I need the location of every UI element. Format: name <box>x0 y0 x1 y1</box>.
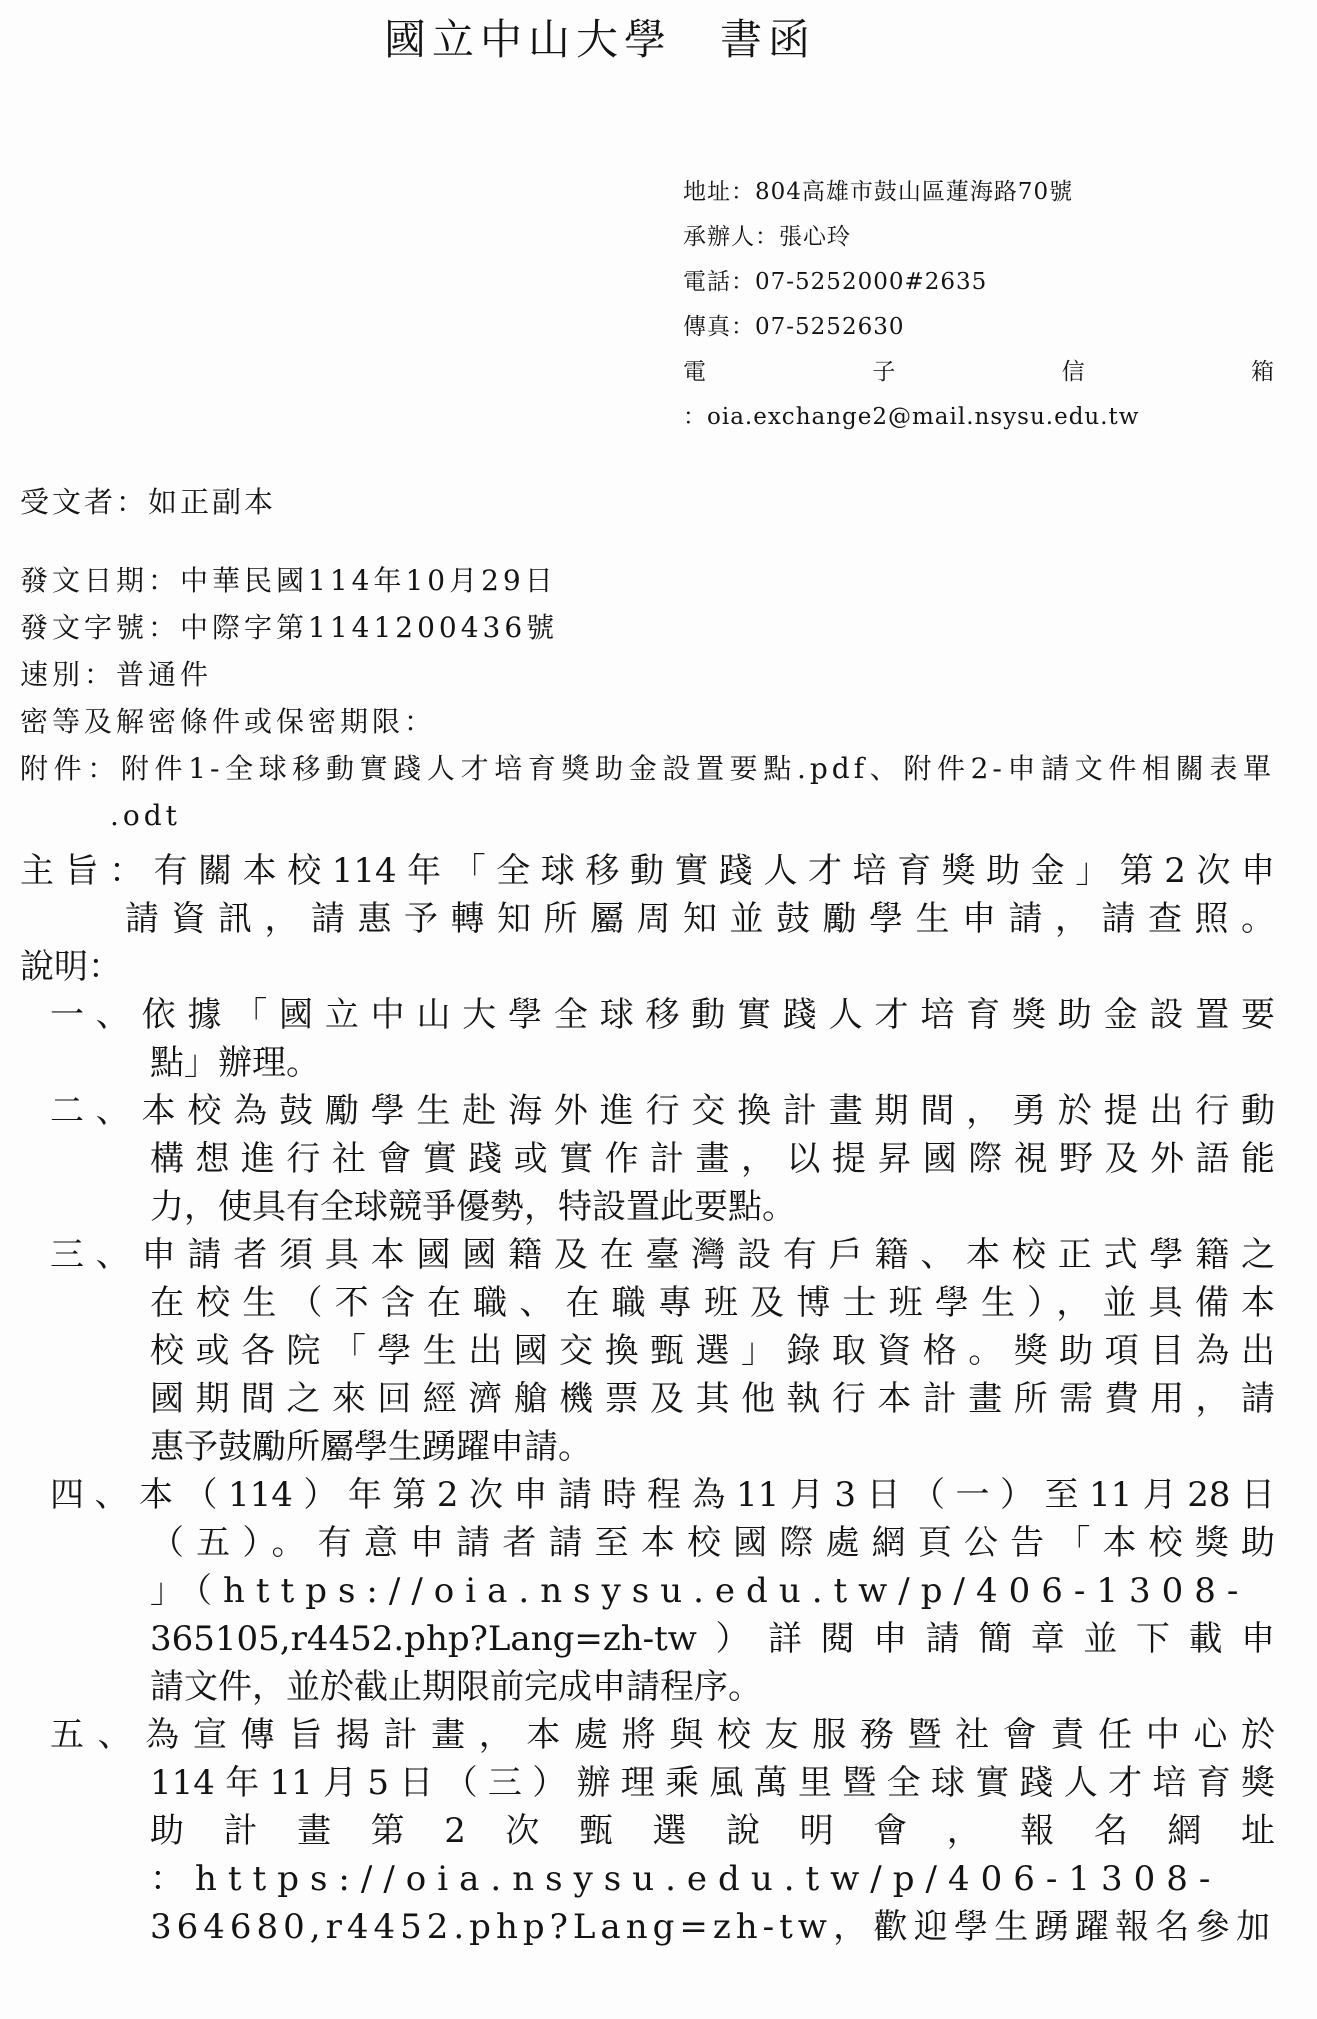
sender-email-value: ：oia.exchange2@mail.nsysu.edu.tw <box>683 395 1275 440</box>
explanation-item-4-url-line-1: 」（https://oia.nsysu.edu.tw/p/406-1308- <box>150 1567 1275 1615</box>
explanation-item-3-line-2: 在校生（不含在職、在職專班及博士班學生），並具備本 <box>150 1279 1275 1327</box>
explanation-item-3-line-1: 三、申請者須具本國國籍及在臺灣設有戶籍、本校正式學籍之 <box>50 1231 1275 1279</box>
explanation-item-3-line-4: 國期間之來回經濟艙機票及其他執行本計畫所需費用，請 <box>150 1375 1275 1423</box>
explanation-item-3-line-5: 惠予鼓勵所屬學生踴躍申請。 <box>150 1423 1275 1471</box>
explanation-item-4-line-2: （五）。有意申請者請至本校國際處網頁公告「本校獎助 <box>150 1519 1275 1567</box>
sender-fax: 傳真：07-5252630 <box>683 305 1275 350</box>
subject-line-2: 請資訊，請惠予轉知所屬周知並鼓勵學生申請，請查照。 <box>125 895 1275 943</box>
letter-body: 主旨：有關本校114年「全球移動實踐人才培育獎助金」第2次申 請資訊，請惠予轉知… <box>20 847 1275 1951</box>
subject-line-1: 主旨：有關本校114年「全球移動實踐人才培育獎助金」第2次申 <box>20 847 1275 895</box>
explanation-item-4-url-line-2: 365105,r4452.php?Lang=zh-tw）詳閱申請簡章並下載申 <box>150 1615 1275 1663</box>
official-letter-page: 國立中山大學 書函 地址：804高雄市鼓山區蓮海路70號 承辦人：張心玲 電話：… <box>0 0 1317 2019</box>
explanation-item-4-line-1: 四、本（114）年第2次申請時程為11月3日（一）至11月28日 <box>50 1471 1275 1519</box>
attachment-line-1: 附件：附件1-全球移動實踐人才培育獎助金設置要點.pdf、附件2-申請文件相關表… <box>20 745 1275 792</box>
priority-line: 速別：普通件 <box>20 651 1275 698</box>
explanation-item-5-url-line-1: ：https://oia.nsysu.edu.tw/p/406-1308- <box>150 1855 1275 1903</box>
explanation-item-5-line-2: 114年11月5日（三）辦理乘風萬里暨全球實踐人才培育獎 <box>150 1759 1275 1807</box>
explanation-item-5-url-line-2: 364680,r4452.php?Lang=zh-tw，歡迎學生踴躍報名參加 <box>150 1903 1275 1951</box>
explanation-item-2-line-2: 構想進行社會實踐或實作計畫，以提昇國際視野及外語能 <box>150 1135 1275 1183</box>
document-title: 國立中山大學 書函 <box>20 16 1180 64</box>
attachment-line-2: .odt <box>110 792 1275 839</box>
recipient-line: 受文者：如正副本 <box>20 480 1275 525</box>
sender-address: 地址：804高雄市鼓山區蓮海路70號 <box>683 170 1275 215</box>
security-line: 密等及解密條件或保密期限： <box>20 698 1275 745</box>
explanation-item-2-line-1: 二、本校為鼓勵學生赴海外進行交換計畫期間，勇於提出行動 <box>50 1087 1275 1135</box>
document-meta-block: 發文日期：中華民國114年10月29日 發文字號：中際字第1141200436號… <box>20 557 1275 839</box>
sender-email-label: 電子信箱 <box>683 350 1275 395</box>
explanation-item-4-line-5: 請文件，並於截止期限前完成申請程序。 <box>150 1663 1275 1711</box>
explanation-item-2-line-3: 力，使具有全球競爭優勢，特設置此要點。 <box>150 1183 1275 1231</box>
doc-number-line: 發文字號：中際字第1141200436號 <box>20 604 1275 651</box>
explanation-item-1-line-1: 一、依據「國立中山大學全球移動實踐人才培育獎助金設置要 <box>50 991 1275 1039</box>
explanation-item-5-line-3: 助計畫第2次甄選說明會，報名網址 <box>150 1807 1275 1855</box>
explanation-item-3-line-3: 校或各院「學生出國交換甄選」錄取資格。獎助項目為出 <box>150 1327 1275 1375</box>
sender-contact-person: 承辦人：張心玲 <box>683 215 1275 260</box>
issue-date-line: 發文日期：中華民國114年10月29日 <box>20 557 1275 604</box>
explanation-heading: 說明： <box>20 943 1275 991</box>
sender-info-block: 地址：804高雄市鼓山區蓮海路70號 承辦人：張心玲 電話：07-5252000… <box>683 170 1275 440</box>
sender-phone: 電話：07-5252000#2635 <box>683 260 1275 305</box>
explanation-item-5-line-1: 五、為宣傳旨揭計畫，本處將與校友服務暨社會責任中心於 <box>50 1711 1275 1759</box>
explanation-item-1-line-2: 點」辦理。 <box>150 1039 1275 1087</box>
